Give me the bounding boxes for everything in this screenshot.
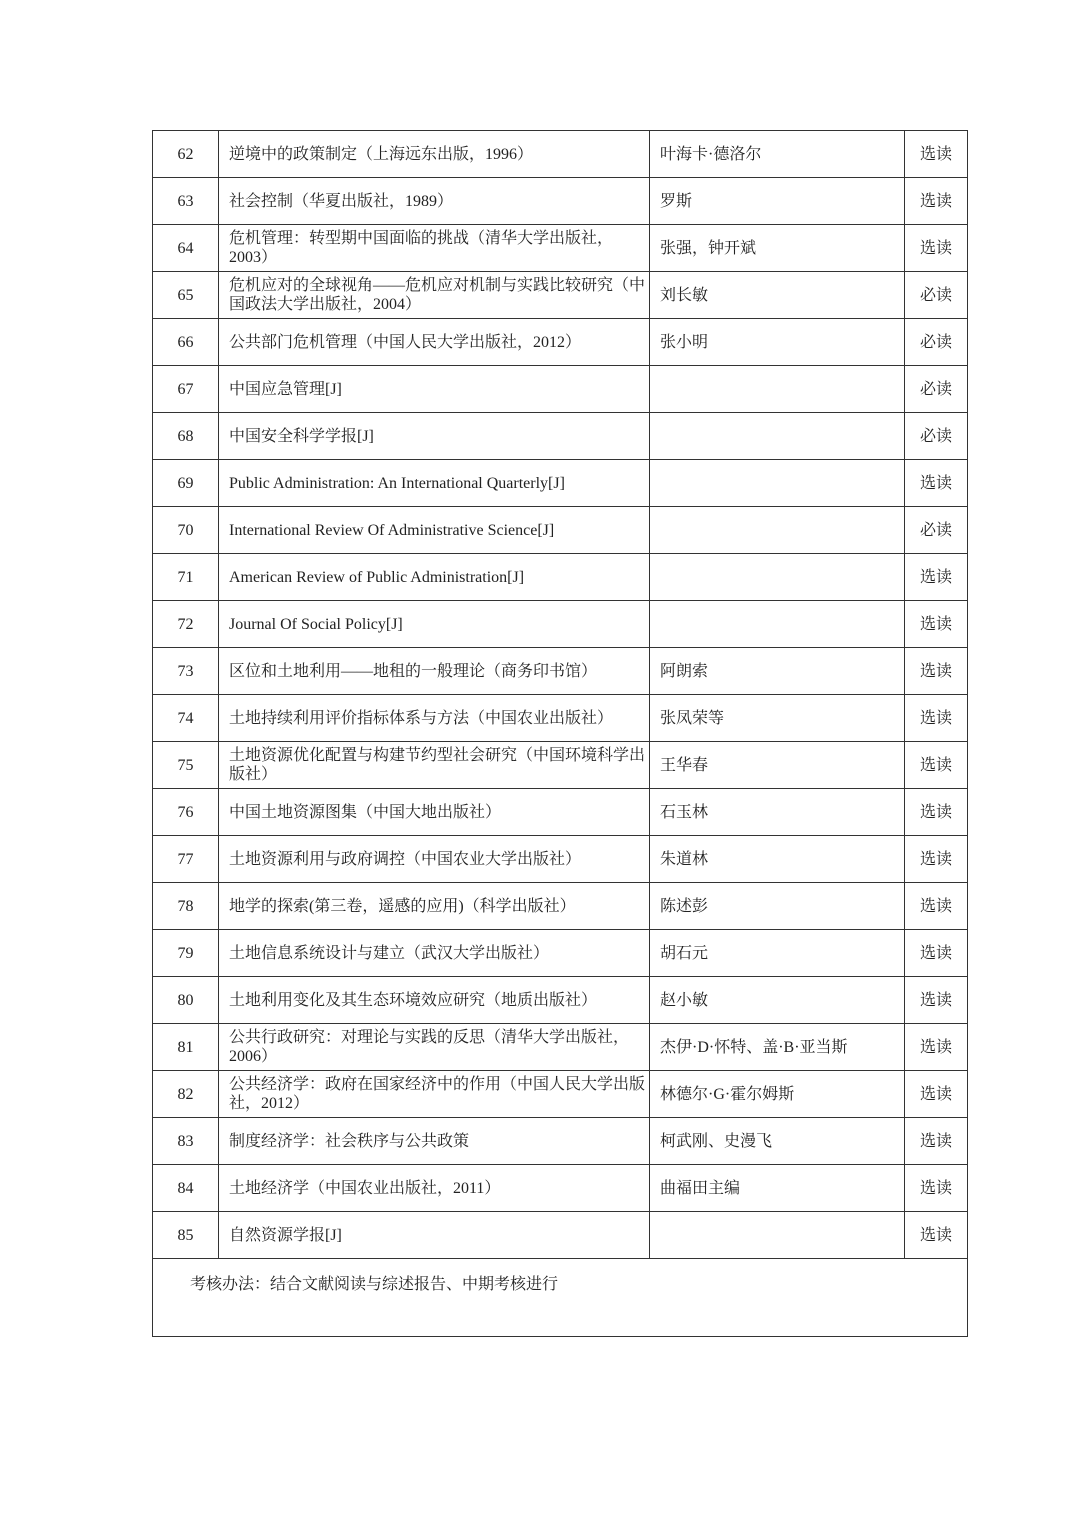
book-author bbox=[650, 554, 905, 601]
reading-type: 选读 bbox=[905, 178, 968, 225]
book-author bbox=[650, 1212, 905, 1259]
table-row: 66 公共部门危机管理（中国人民大学出版社，2012） 张小明 必读 bbox=[153, 319, 968, 366]
reading-type: 选读 bbox=[905, 695, 968, 742]
reading-type: 必读 bbox=[905, 366, 968, 413]
reading-type: 选读 bbox=[905, 1118, 968, 1165]
book-title: 危机管理：转型期中国面临的挑战（清华大学出版社，2003） bbox=[219, 225, 650, 272]
book-title: 土地经济学（中国农业出版社，2011） bbox=[219, 1165, 650, 1212]
reading-type: 必读 bbox=[905, 272, 968, 319]
book-author: 胡石元 bbox=[650, 930, 905, 977]
reading-type: 选读 bbox=[905, 225, 968, 272]
book-title: 地学的探索(第三卷，遥感的应用)（科学出版社） bbox=[219, 883, 650, 930]
row-number: 70 bbox=[153, 507, 219, 554]
table-row: 82 公共经济学：政府在国家经济中的作用（中国人民大学出版社，2012） 林德尔… bbox=[153, 1071, 968, 1118]
reading-type: 选读 bbox=[905, 1024, 968, 1071]
table-row: 65 危机应对的全球视角——危机应对机制与实践比较研究（中国政法大学出版社，20… bbox=[153, 272, 968, 319]
row-number: 76 bbox=[153, 789, 219, 836]
book-title: 公共经济学：政府在国家经济中的作用（中国人民大学出版社，2012） bbox=[219, 1071, 650, 1118]
table-row: 85 自然资源学报[J] 选读 bbox=[153, 1212, 968, 1259]
book-author: 刘长敏 bbox=[650, 272, 905, 319]
book-author: 朱道林 bbox=[650, 836, 905, 883]
table-row: 62 逆境中的政策制定（上海远东出版，1996） 叶海卡·德洛尔 选读 bbox=[153, 131, 968, 178]
book-title: 中国应急管理[J] bbox=[219, 366, 650, 413]
book-author: 罗斯 bbox=[650, 178, 905, 225]
reading-type: 必读 bbox=[905, 507, 968, 554]
book-author: 杰伊·D·怀特、盖·B·亚当斯 bbox=[650, 1024, 905, 1071]
row-number: 81 bbox=[153, 1024, 219, 1071]
row-number: 69 bbox=[153, 460, 219, 507]
reading-type: 选读 bbox=[905, 742, 968, 789]
book-title: Public Administration: An International … bbox=[219, 460, 650, 507]
row-number: 80 bbox=[153, 977, 219, 1024]
table-row: 78 地学的探索(第三卷，遥感的应用)（科学出版社） 陈述彭 选读 bbox=[153, 883, 968, 930]
row-number: 62 bbox=[153, 131, 219, 178]
row-number: 73 bbox=[153, 648, 219, 695]
table-row: 79 土地信息系统设计与建立（武汉大学出版社） 胡石元 选读 bbox=[153, 930, 968, 977]
table-row: 80 土地利用变化及其生态环境效应研究（地质出版社） 赵小敏 选读 bbox=[153, 977, 968, 1024]
book-title: American Review of Public Administration… bbox=[219, 554, 650, 601]
row-number: 84 bbox=[153, 1165, 219, 1212]
reading-type: 选读 bbox=[905, 1212, 968, 1259]
reading-type: 选读 bbox=[905, 460, 968, 507]
book-author: 阿朗索 bbox=[650, 648, 905, 695]
book-title: 社会控制（华夏出版社，1989） bbox=[219, 178, 650, 225]
reading-type: 选读 bbox=[905, 977, 968, 1024]
book-title: 制度经济学：社会秩序与公共政策 bbox=[219, 1118, 650, 1165]
reading-type: 必读 bbox=[905, 319, 968, 366]
book-author: 曲福田主编 bbox=[650, 1165, 905, 1212]
book-author: 柯武刚、史漫飞 bbox=[650, 1118, 905, 1165]
book-title: 土地利用变化及其生态环境效应研究（地质出版社） bbox=[219, 977, 650, 1024]
book-author bbox=[650, 366, 905, 413]
reading-type: 选读 bbox=[905, 930, 968, 977]
book-title: 土地持续利用评价指标体系与方法（中国农业出版社） bbox=[219, 695, 650, 742]
reading-type: 必读 bbox=[905, 413, 968, 460]
book-author: 陈述彭 bbox=[650, 883, 905, 930]
table-row: 75 土地资源优化配置与构建节约型社会研究（中国环境科学出版社） 王华春 选读 bbox=[153, 742, 968, 789]
table-row: 74 土地持续利用评价指标体系与方法（中国农业出版社） 张凤荣等 选读 bbox=[153, 695, 968, 742]
row-number: 71 bbox=[153, 554, 219, 601]
row-number: 64 bbox=[153, 225, 219, 272]
book-title: 公共部门危机管理（中国人民大学出版社，2012） bbox=[219, 319, 650, 366]
row-number: 63 bbox=[153, 178, 219, 225]
reading-type: 选读 bbox=[905, 1071, 968, 1118]
book-author: 石玉林 bbox=[650, 789, 905, 836]
footer-row: 考核办法：结合文献阅读与综述报告、中期考核进行 bbox=[153, 1259, 968, 1337]
reading-type: 选读 bbox=[905, 883, 968, 930]
book-title: 逆境中的政策制定（上海远东出版，1996） bbox=[219, 131, 650, 178]
row-number: 82 bbox=[153, 1071, 219, 1118]
book-author: 赵小敏 bbox=[650, 977, 905, 1024]
table-row: 64 危机管理：转型期中国面临的挑战（清华大学出版社，2003） 张强，钟开斌 … bbox=[153, 225, 968, 272]
reading-type: 选读 bbox=[905, 648, 968, 695]
table-row: 84 土地经济学（中国农业出版社，2011） 曲福田主编 选读 bbox=[153, 1165, 968, 1212]
row-number: 66 bbox=[153, 319, 219, 366]
book-author bbox=[650, 507, 905, 554]
book-author: 张小明 bbox=[650, 319, 905, 366]
table-row: 73 区位和土地利用——地租的一般理论（商务印书馆） 阿朗索 选读 bbox=[153, 648, 968, 695]
row-number: 72 bbox=[153, 601, 219, 648]
assessment-method: 考核办法：结合文献阅读与综述报告、中期考核进行 bbox=[153, 1259, 968, 1337]
row-number: 75 bbox=[153, 742, 219, 789]
table-row: 63 社会控制（华夏出版社，1989） 罗斯 选读 bbox=[153, 178, 968, 225]
book-title: 土地资源优化配置与构建节约型社会研究（中国环境科学出版社） bbox=[219, 742, 650, 789]
book-author: 张凤荣等 bbox=[650, 695, 905, 742]
book-author: 叶海卡·德洛尔 bbox=[650, 131, 905, 178]
table-row: 67 中国应急管理[J] 必读 bbox=[153, 366, 968, 413]
row-number: 67 bbox=[153, 366, 219, 413]
row-number: 74 bbox=[153, 695, 219, 742]
book-title: International Review Of Administrative S… bbox=[219, 507, 650, 554]
row-number: 79 bbox=[153, 930, 219, 977]
book-title: 土地资源利用与政府调控（中国农业大学出版社） bbox=[219, 836, 650, 883]
book-title: 公共行政研究：对理论与实践的反思（清华大学出版社，2006） bbox=[219, 1024, 650, 1071]
book-author bbox=[650, 413, 905, 460]
book-author: 王华春 bbox=[650, 742, 905, 789]
book-title: 土地信息系统设计与建立（武汉大学出版社） bbox=[219, 930, 650, 977]
book-title: 中国安全科学学报[J] bbox=[219, 413, 650, 460]
row-number: 83 bbox=[153, 1118, 219, 1165]
reading-type: 选读 bbox=[905, 1165, 968, 1212]
table-row: 72 Journal Of Social Policy[J] 选读 bbox=[153, 601, 968, 648]
book-author: 林德尔·G·霍尔姆斯 bbox=[650, 1071, 905, 1118]
row-number: 77 bbox=[153, 836, 219, 883]
table-body: 62 逆境中的政策制定（上海远东出版，1996） 叶海卡·德洛尔 选读 63 社… bbox=[153, 131, 968, 1337]
book-author: 张强，钟开斌 bbox=[650, 225, 905, 272]
table-row: 77 土地资源利用与政府调控（中国农业大学出版社） 朱道林 选读 bbox=[153, 836, 968, 883]
reading-type: 选读 bbox=[905, 554, 968, 601]
table-row: 81 公共行政研究：对理论与实践的反思（清华大学出版社，2006） 杰伊·D·怀… bbox=[153, 1024, 968, 1071]
table-row: 68 中国安全科学学报[J] 必读 bbox=[153, 413, 968, 460]
row-number: 65 bbox=[153, 272, 219, 319]
row-number: 68 bbox=[153, 413, 219, 460]
book-title: 自然资源学报[J] bbox=[219, 1212, 650, 1259]
reading-type: 选读 bbox=[905, 131, 968, 178]
book-author bbox=[650, 460, 905, 507]
table-row: 69 Public Administration: An Internation… bbox=[153, 460, 968, 507]
book-title: 中国土地资源图集（中国大地出版社） bbox=[219, 789, 650, 836]
table-row: 71 American Review of Public Administrat… bbox=[153, 554, 968, 601]
reading-type: 选读 bbox=[905, 789, 968, 836]
book-title: Journal Of Social Policy[J] bbox=[219, 601, 650, 648]
table-row: 83 制度经济学：社会秩序与公共政策 柯武刚、史漫飞 选读 bbox=[153, 1118, 968, 1165]
table-row: 76 中国土地资源图集（中国大地出版社） 石玉林 选读 bbox=[153, 789, 968, 836]
reading-type: 选读 bbox=[905, 836, 968, 883]
reading-list-table: 62 逆境中的政策制定（上海远东出版，1996） 叶海卡·德洛尔 选读 63 社… bbox=[152, 130, 968, 1337]
book-author bbox=[650, 601, 905, 648]
book-title: 区位和土地利用——地租的一般理论（商务印书馆） bbox=[219, 648, 650, 695]
table-row: 70 International Review Of Administrativ… bbox=[153, 507, 968, 554]
reading-type: 选读 bbox=[905, 601, 968, 648]
row-number: 78 bbox=[153, 883, 219, 930]
book-title: 危机应对的全球视角——危机应对机制与实践比较研究（中国政法大学出版社，2004） bbox=[219, 272, 650, 319]
row-number: 85 bbox=[153, 1212, 219, 1259]
